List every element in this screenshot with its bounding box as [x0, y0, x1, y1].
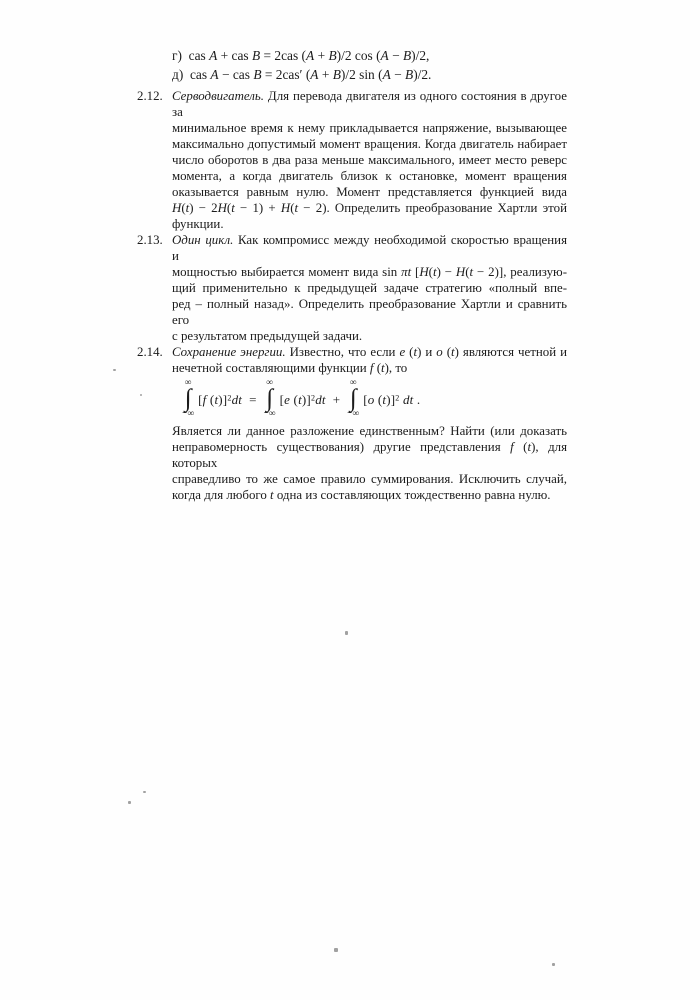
text-run: Серводвигатель.: [172, 89, 264, 103]
text-line: щий применительно к предыдущей задаче ст…: [172, 280, 567, 296]
text-line: минимальное время к нему прикладывается …: [172, 120, 567, 136]
integrand: [e (t)]2dt: [280, 390, 326, 408]
text-line: оказывается равным нулю. Момент представ…: [172, 184, 567, 200]
integral-sign: ∫: [264, 388, 275, 410]
text-run: (: [443, 345, 451, 359]
text-run: ред – полный назад». Определить преобраз…: [172, 297, 567, 327]
text-line: нечетной составляющими функции f (t), то: [172, 360, 567, 376]
text-run: мощностью выбирается момент вида sin: [172, 265, 401, 279]
scan-speck: [334, 948, 338, 952]
text-run: H: [172, 201, 181, 215]
text-run: + cas: [217, 48, 252, 63]
text-run: максимально допустимый момент вращения. …: [172, 137, 567, 151]
text-run: когда для любого: [172, 488, 270, 502]
text-run: ), то: [385, 361, 408, 375]
text-run: справедливо то же самое правило суммиров…: [172, 472, 567, 486]
text-run: ) −: [437, 265, 456, 279]
text-run: ) − 2: [189, 201, 217, 215]
problem-2-14-continuation: Является ли данное разложение единственн…: [137, 423, 567, 503]
text-line: функции.: [172, 216, 567, 232]
text-run: .: [413, 392, 420, 407]
text-line: ред – полный назад». Определить преобраз…: [172, 296, 567, 328]
text-run: )]: [302, 392, 311, 407]
integrand: [f (t)]2dt: [198, 390, 242, 408]
lower-limit: −∞: [182, 410, 194, 419]
integral-term-o: ∞ ∫ −∞ [o (t)]2 dt .: [347, 379, 420, 419]
text-run: оказывается равным нулю. Момент представ…: [172, 185, 567, 199]
text-run: )]: [386, 392, 395, 407]
text-run: )/2,: [411, 48, 429, 63]
text-line: Один цикл. Как компромисс между необходи…: [172, 232, 567, 264]
text-run: )/2 cos (: [337, 48, 381, 63]
text-run: H: [456, 265, 465, 279]
integral-term-f: ∞ ∫ −∞ [f (t)]2dt: [182, 379, 242, 419]
text-line: справедливо то же самое правило суммиров…: [172, 471, 567, 487]
text-run: )/2.: [413, 67, 431, 82]
text-run: A: [210, 67, 218, 82]
text-run: одна из составляющих тождественно равна …: [274, 488, 551, 502]
text-block: г) cas A + cas B = 2cas (A + B)/2 cos (A…: [137, 46, 567, 503]
integral-sign: ∫: [183, 388, 194, 410]
text-run: − 2). Определить преобразование Хартли э…: [298, 201, 567, 215]
problem-2-13: 2.13. Один цикл. Как компромисс между не…: [137, 232, 567, 344]
text-run: функции.: [172, 217, 224, 231]
problem-text: Сохранение энергии. Известно, что если e…: [172, 344, 567, 376]
text-run: dt: [403, 392, 414, 407]
text-run: dt: [232, 392, 243, 407]
text-run: (: [374, 361, 382, 375]
problem-text: Является ли данное разложение единственн…: [172, 423, 567, 503]
integral-column: ∞ ∫ −∞: [182, 379, 194, 419]
text-line: Сохранение энергии. Известно, что если e…: [172, 344, 567, 360]
text-run: Является ли данное разложение единственн…: [172, 424, 567, 438]
text-run: − cas: [219, 67, 254, 82]
problem-2-12: 2.12. Серводвигатель. Для перевода двига…: [137, 88, 567, 232]
integrand: [o (t)]2 dt .: [363, 390, 420, 408]
text-run: +: [318, 67, 332, 82]
problem-number: 2.13.: [137, 232, 163, 248]
text-line: Является ли данное разложение единственн…: [172, 423, 567, 439]
scan-speck: [345, 631, 348, 635]
text-run: B: [405, 67, 413, 82]
energy-conservation-equation: ∞ ∫ −∞ [f (t)]2dt = ∞ ∫ −∞ [e (t)]2dt + …: [182, 379, 567, 419]
lower-limit: −∞: [263, 410, 275, 419]
text-line: г) cas A + cas B = 2cas (A + B)/2 cos (A…: [172, 46, 567, 65]
text-line: мощностью выбирается момент вида sin πt …: [172, 264, 567, 280]
text-line: неправомерность существования) другие пр…: [172, 439, 567, 471]
integral-column: ∞ ∫ −∞: [263, 379, 275, 419]
text-line: число оборотов в два раза меньше максима…: [172, 152, 567, 168]
text-line: с результатом предыдущей задачи.: [172, 328, 567, 344]
lower-limit: −∞: [347, 410, 359, 419]
problem-number: 2.14.: [137, 344, 163, 360]
text-run: B: [253, 67, 261, 82]
text-run: +: [314, 48, 328, 63]
text-run: = 2cas′ (: [262, 67, 311, 82]
text-run: Известно, что если: [286, 345, 400, 359]
text-run: A: [381, 48, 389, 63]
scan-speck: [143, 791, 146, 793]
text-run: B: [252, 48, 260, 63]
text-line: Серводвигатель. Для перевода двигателя и…: [172, 88, 567, 120]
text-run: −: [389, 48, 403, 63]
text-run: H: [281, 201, 290, 215]
text-run: A: [383, 67, 391, 82]
text-line: максимально допустимый момент вращения. …: [172, 136, 567, 152]
scan-speck: [113, 369, 116, 371]
scan-speck: [552, 963, 555, 966]
integral-column: ∞ ∫ −∞: [347, 379, 359, 419]
equals-sign: =: [249, 390, 256, 408]
text-run: число оборотов в два раза меньше максима…: [172, 153, 567, 167]
text-run: − 1) +: [235, 201, 281, 215]
text-run: H: [419, 265, 428, 279]
text-line: когда для любого t одна из составляющих …: [172, 487, 567, 503]
text-run: − 2)], реализую-: [473, 265, 567, 279]
text-run: ) и: [417, 345, 436, 359]
text-run: д) cas: [172, 67, 210, 82]
text-run: щий применительно к предыдущей задаче ст…: [172, 281, 567, 295]
text-run: с результатом предыдущей задачи.: [172, 329, 362, 343]
text-run: неправомерность существования) другие пр…: [172, 440, 510, 454]
text-run: B: [328, 48, 336, 63]
text-run: A: [306, 48, 314, 63]
document-page: г) cas A + cas B = 2cas (A + B)/2 cos (A…: [0, 0, 700, 1000]
text-run: момента, а когда двигатель близок к оста…: [172, 169, 567, 183]
text-run: нечетной составляющими функции: [172, 361, 370, 375]
problem-number: 2.12.: [137, 88, 163, 104]
text-line: момента, а когда двигатель близок к оста…: [172, 168, 567, 184]
text-run: )/2 sin (: [341, 67, 383, 82]
scan-speck: [140, 394, 142, 396]
text-run: Сохранение энергии.: [172, 345, 286, 359]
text-run: πt: [401, 265, 411, 279]
problem-text: Один цикл. Как компромисс между необходи…: [172, 232, 567, 344]
text-run: (: [290, 392, 298, 407]
text-run: B: [403, 48, 411, 63]
text-line: H(t) − 2H(t − 1) + H(t − 2). Определить …: [172, 200, 567, 216]
text-run: H: [218, 201, 227, 215]
text-run: = 2cas (: [260, 48, 306, 63]
identity-formula-lines: г) cas A + cas B = 2cas (A + B)/2 cos (A…: [172, 46, 567, 84]
text-run: dt: [315, 392, 326, 407]
integral-sign: ∫: [348, 388, 359, 410]
text-run: минимальное время к нему прикладывается …: [172, 121, 567, 135]
problem-2-14: 2.14. Сохранение энергии. Известно, что …: [137, 344, 567, 376]
text-run: ) являются четной и: [455, 345, 567, 359]
text-run: −: [391, 67, 405, 82]
text-run: )]: [218, 392, 227, 407]
integral-term-e: ∞ ∫ −∞ [e (t)]2dt: [263, 379, 325, 419]
text-run: 2: [395, 393, 399, 402]
text-run: г) cas: [172, 48, 209, 63]
text-line: д) cas A − cas B = 2cas′ (A + B)/2 sin (…: [172, 65, 567, 84]
scan-speck: [128, 801, 131, 804]
plus-sign: +: [333, 390, 340, 408]
problem-text: Серводвигатель. Для перевода двигателя и…: [172, 88, 567, 232]
text-run: Один цикл.: [172, 233, 233, 247]
text-run: (: [514, 440, 528, 454]
text-run: B: [333, 67, 341, 82]
